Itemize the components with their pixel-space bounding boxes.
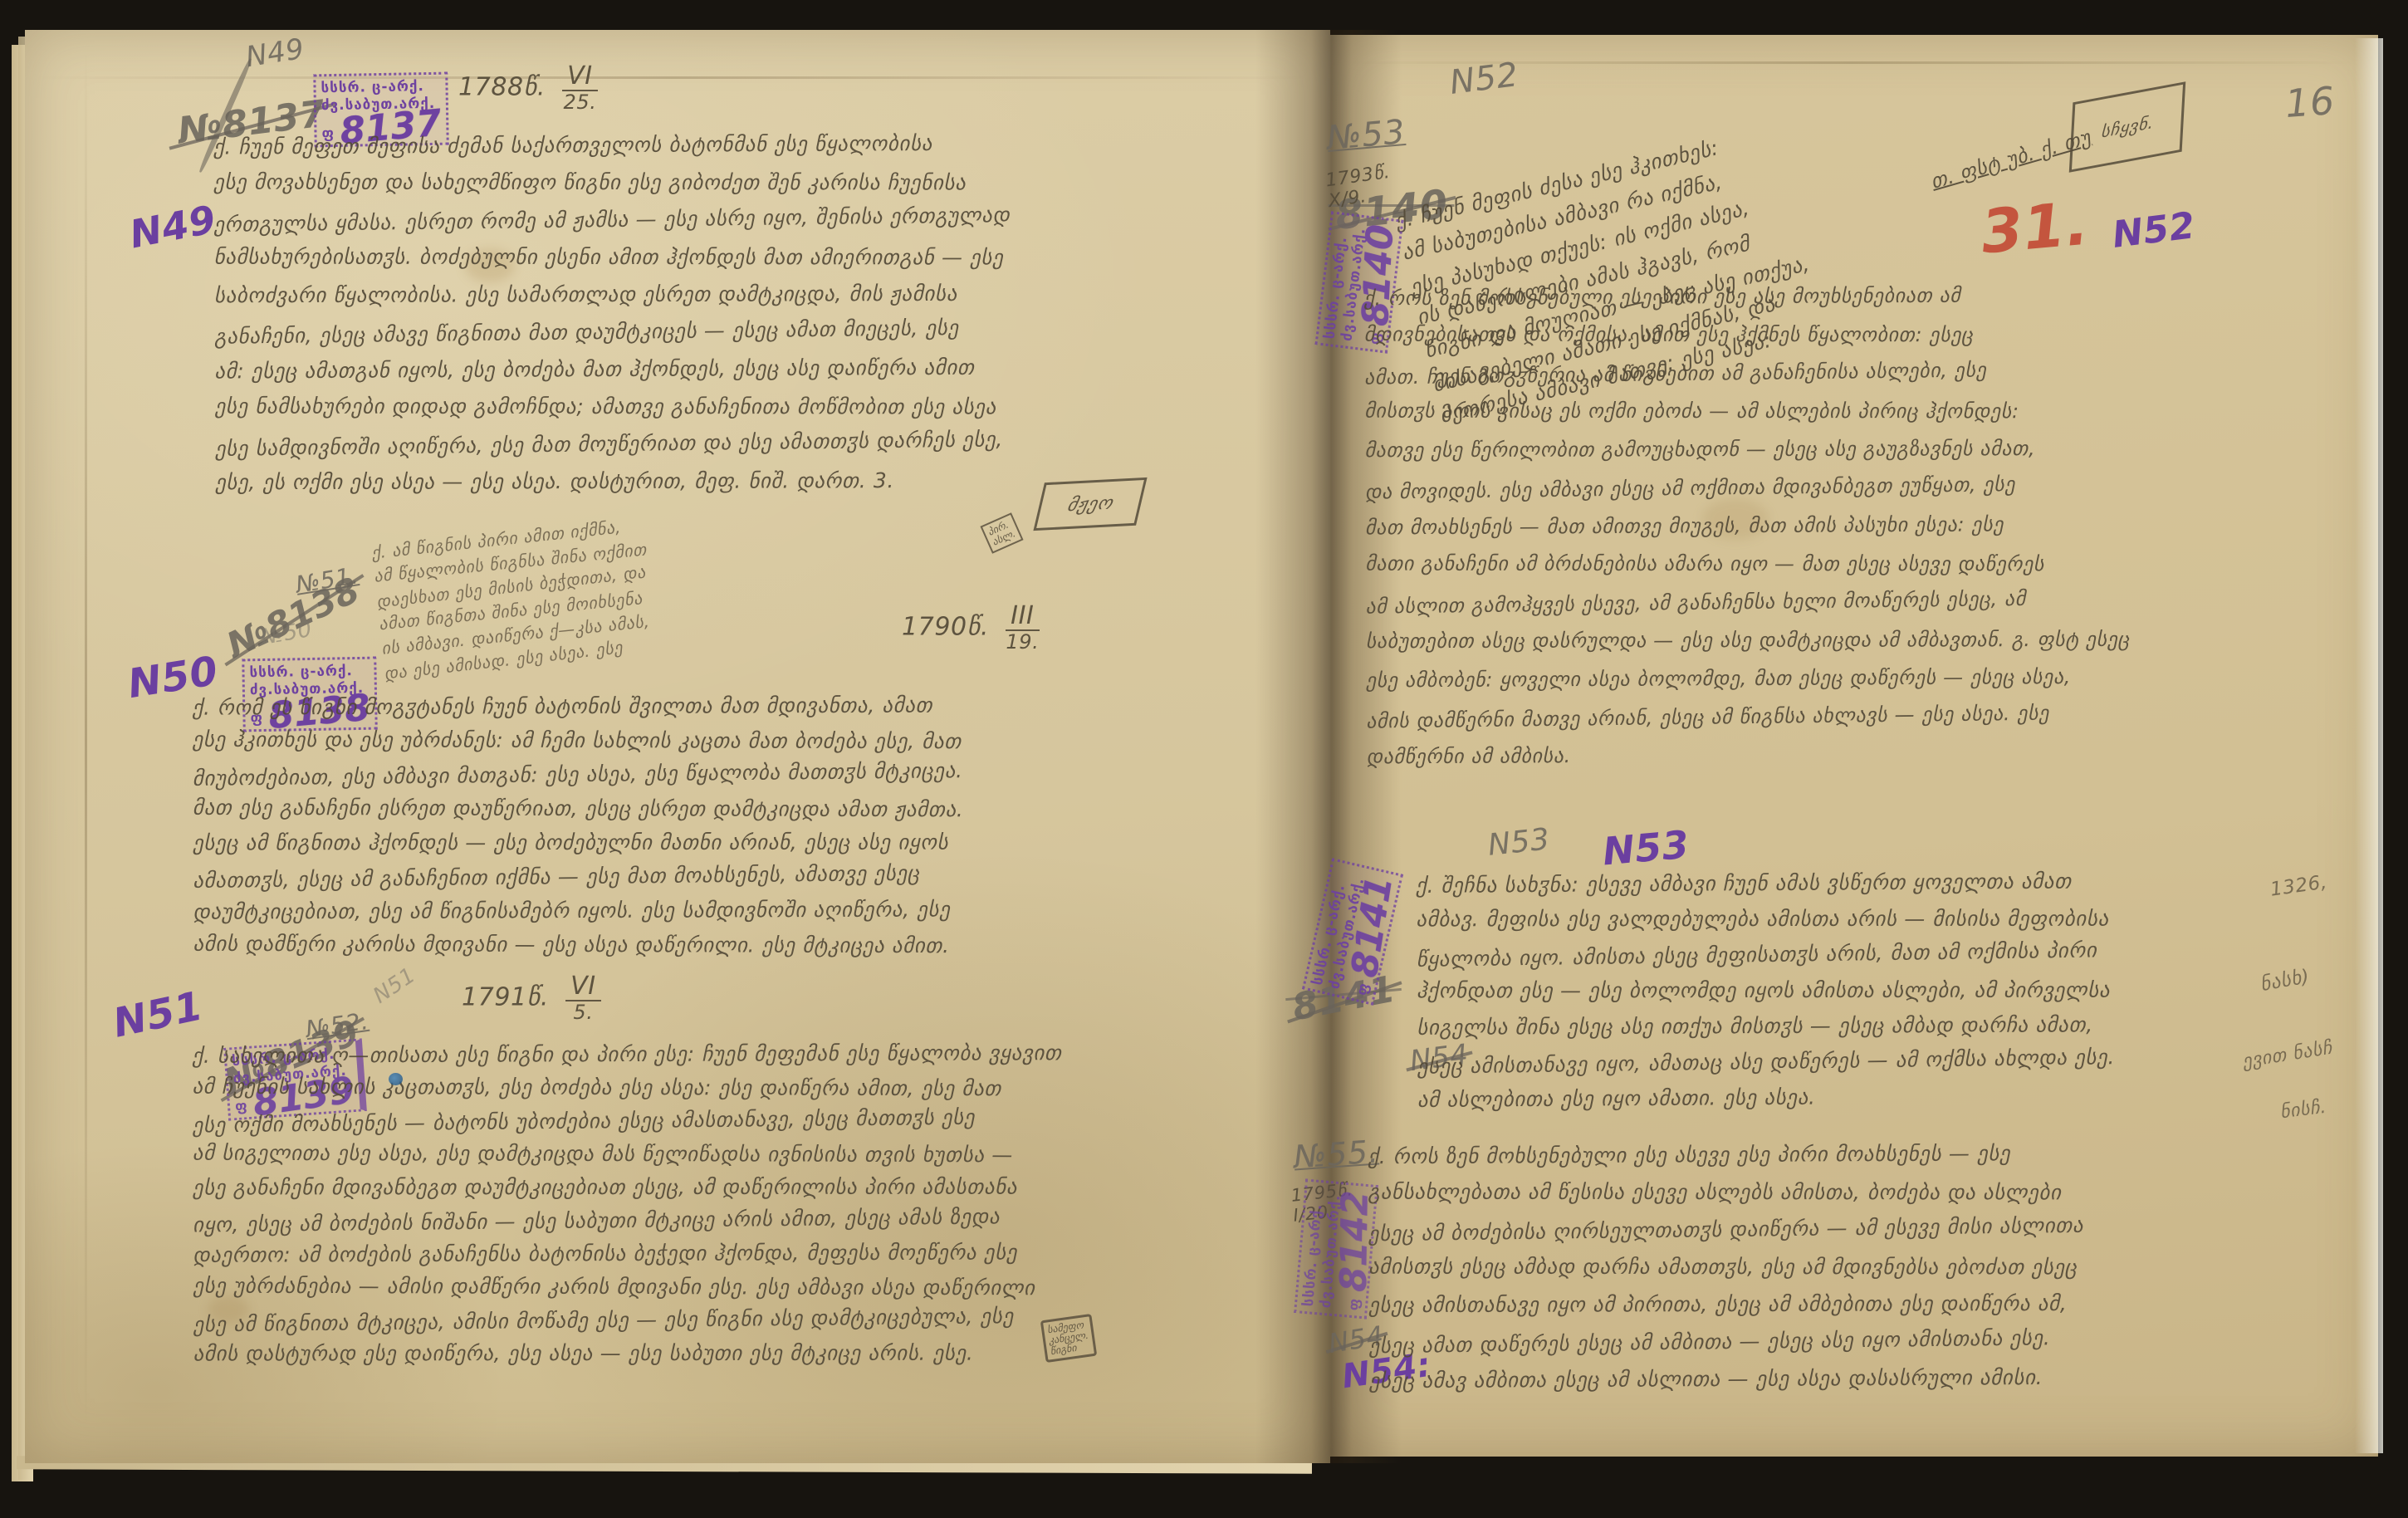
manuscript-line: დაუმტკიცებიათ, ესე ამ წიგნისამებრ იყოს. … <box>193 892 964 928</box>
date-day: 5. <box>573 1001 593 1023</box>
manuscript-line: ამ ჩუენის სახლის კაცთათჳს, ესე ბოძება ეს… <box>192 1070 1061 1106</box>
manuscript-line: ამათ. ჩუენ მოგჳწერია ამ წიგნებით ამ განა… <box>1364 349 2129 396</box>
stamp-text-line: ფ <box>1353 981 1373 997</box>
entry-text-n52: ქ. როს ზენ მოხსენებული ესე პირი ესე ასე … <box>1363 276 2130 776</box>
stamp-text-line: სსსრ. ც-არქ. <box>321 78 440 98</box>
manuscript-line: ამის დასტურად ესე დაიწერა, ესე ასეა — ეს… <box>193 1337 1063 1371</box>
manuscript-line: ესეც ამ წიგნითა ჰქონდეს — ესე ბოძებულნი … <box>193 825 963 860</box>
manuscript-line: ესე განაჩენი მდივანბეგთ დაუმტკიცებიათ ეს… <box>193 1171 1062 1205</box>
entry-date: 1790წ. III19. <box>902 603 1040 653</box>
red-folio-number: 31. <box>1979 189 2092 267</box>
manuscript-line: ამ ასლით გამოჰყვეს ესევე, ამ განაჩენსა ხ… <box>1365 578 2130 625</box>
manuscript-line: ამბავ. მეფისა ესე ვალდებულება ამისთა არი… <box>1416 901 2113 938</box>
manuscript-line: ამისთჳს ესეც ამბად დარჩა ამათთჳს, ესე ამ… <box>1368 1248 2084 1286</box>
manuscript-line: ამ: ესეც ამათგან იყოს, ესე ბოძება მათ ჰქ… <box>214 348 1011 389</box>
manuscript-line: მიუბოძებიათ, ესე ამბავი მათგან: ესე ასეა… <box>193 753 964 796</box>
manuscript-line: ესე მოვახსენეთ და სახელმწიფო წიგნი ესე გ… <box>213 164 1010 202</box>
manuscript-line: მათ ესე განაჩენი ესრეთ დაუწერიათ, ესეც ე… <box>193 791 964 826</box>
manuscript-line: მათი განაჩენი ამ ბრძანებისა ამარა იყო — … <box>1365 545 2129 584</box>
manuscript-line: ესე უბრძანებია — ამისი დამწერი კარის მდი… <box>193 1270 1062 1305</box>
box-label: მჟეო <box>1065 492 1115 516</box>
manuscript-line: ნამსახურებისათჳს. ბოძებულნი ესენი ამით ჰ… <box>214 238 1011 277</box>
entry-date: 1788წ. VI25. <box>458 63 598 113</box>
manuscript-line: ამის დამწერი კარისა მდივანი — ესე ასეა დ… <box>193 927 964 962</box>
entry-text-n53: ქ. შეჩნა სახჳნა: ესევე ამბავი ჩუენ ამას … <box>1416 863 2115 1118</box>
manuscript-line: საბუთებით ასეც დასრულდა — ესე ასე დამტკი… <box>1366 620 2130 660</box>
manuscript-line: წყალობა იყო. ამისთა ესეც მეფისათჳს არის,… <box>1416 932 2114 977</box>
manuscript-line: ესე ნამსახურები დიდად გამოჩნდა; ამათვე გ… <box>215 388 1011 426</box>
date-day: 19. <box>1006 631 1039 653</box>
manuscript-line: საბოძვარი წყალობისა. ესე სამართლად ესრეთ… <box>214 275 1011 315</box>
manuscript-line: ესე ოქმი მოახსენეს — ბატონს უბოძებია ესე… <box>192 1100 1062 1143</box>
manuscript-line: ქ. სახელითა ღ—თისათა ესე წიგნი და პირი ე… <box>192 1036 1061 1073</box>
pencil-number-55: №55. <box>1293 1133 1380 1175</box>
manuscript-line: მათ მოახსენეს — მათ ამითვე მიუგეს, მათ ა… <box>1365 505 2129 547</box>
page-right-outer-edge <box>2355 38 2383 1453</box>
pencil-number-n53: N53 <box>1486 822 1551 863</box>
left-page-crease <box>85 50 87 1428</box>
manuscript-line: ქ. როს ზენ მოხსენებული ესე ასევე ესე პირ… <box>1368 1134 2083 1176</box>
folio-number-pencil: 16 <box>2283 78 2336 126</box>
blue-ink-dot <box>389 1073 403 1085</box>
entry-text-n49: ქ. ჩუენ მეფეთ მეფისა ძემან საქართველოს ბ… <box>213 124 1011 502</box>
date-year: 1791წ. <box>462 982 549 1011</box>
manuscript-line: ესეც ამათ დაწერეს ესეც ამ ამბითა — ესეც … <box>1368 1319 2084 1365</box>
manuscript-line: მათვე ესე წერილობით გამოუცხადონ — ესეც ა… <box>1364 429 2128 469</box>
manuscript-line: ესე ჰკითხეს და ესე უბრძანეს: ამ ჩემი სახ… <box>193 722 964 758</box>
manuscript-line: მდივნებისათჳს და ოქმისა. ამით ესე ჰქმნეს… <box>1364 316 2128 355</box>
manuscript-line: დამწერნი ამ ამბისა. <box>1366 734 2130 776</box>
left-page-top-crease <box>33 76 1312 79</box>
stamp-number: 8142 <box>1340 1191 1370 1293</box>
manuscript-line: ამ ასლებითა ესე იყო ამათი. ესე ასეა. <box>1417 1077 2116 1118</box>
date-year: 1788წ. <box>458 72 546 101</box>
stamp-text-line: ფ <box>1346 1297 1364 1311</box>
book-scan: N49 №8137 სსსრ. ც-არქ. ძვ.საბუთ.არქ. ფ 8… <box>0 0 2408 1518</box>
archive-stamp-8142-partial: სსსრ. ც-არქ. ძვ.საბუთ.არქ. ფ 8142 <box>1294 1178 1378 1319</box>
manuscript-line: ქ. შეჩნა სახჳნა: ესევე ამბავი ჩუენ ამას … <box>1416 863 2114 903</box>
date-day: 25. <box>563 91 596 113</box>
manuscript-line: ჰქონდათ ესე — ესე ბოლომდე იყოს ამისთა ას… <box>1417 972 2114 1009</box>
entry-text-n50: ქ. რომ ეს წიგნი მოგჳტანეს ჩუენ ბატონის შ… <box>192 688 964 962</box>
manuscript-line: სიგელსა შინა ესეც ასე ითქუა მისთჳს — ესე… <box>1417 1006 2114 1045</box>
entry-text-n51: ქ. სახელითა ღ—თისათა ესე წიგნი და პირი ე… <box>192 1036 1063 1372</box>
manuscript-line: განსახლებათა ამ წესისა ესევე ასლებს ამის… <box>1368 1173 2084 1212</box>
corner-box-stamp: სამეფოკანცელ.წიგნი <box>1040 1314 1098 1363</box>
date-year: 1790წ. <box>902 612 989 641</box>
manuscript-line: ესეც ამ ბოძებისა ღირსეულთათჳს დაიწერა — … <box>1368 1207 2084 1253</box>
date-month: VI <box>565 973 601 1001</box>
manuscript-line: ქ. რომ ეს წიგნი მოგჳტანეს ჩუენ ბატონის შ… <box>192 688 963 724</box>
ink-box-note: მჟეო <box>1033 477 1147 531</box>
manuscript-line: ამათთჳს, ესეც ამ განაჩენით იქმნა — ესე მ… <box>193 855 964 898</box>
manuscript-line: ქ. როს ზენ მოხსენებული ესე პირი ესე ასე … <box>1363 276 2127 318</box>
date-month: VI <box>562 63 598 91</box>
manuscript-line: ესე ამ წიგნითა მტკიცეა, ამისი მოწამე ესე… <box>193 1300 1063 1342</box>
date-month: III <box>1006 603 1039 631</box>
manuscript-line: მისთჳს არის ვისაც ეს ოქმი ებოძა — ამ ასლ… <box>1364 392 2128 431</box>
box-label: სჩყვნ. <box>2100 112 2154 141</box>
manuscript-line: ამ სიგელითა ესე ასეა, ესე დამტკიცდა მას … <box>193 1137 1062 1173</box>
entry-date: 1791წ. VI5. <box>462 973 601 1023</box>
pencil-number-53: №53 <box>1325 113 1407 158</box>
manuscript-line: ესე სამდივნოში აღიწერა, ესე მათ მოუწერია… <box>215 420 1012 468</box>
manuscript-line: ესე ამბობენ: ყოველი ასეა ბოლომდე, მათ ეს… <box>1366 658 2130 700</box>
manuscript-line: ამის დამწერნი მათვე არიან, ესეც ამ წიგნს… <box>1366 693 2131 740</box>
manuscript-line: დაერთო: ამ ბოძების განაჩენსა ბატონისა ბე… <box>193 1236 1062 1272</box>
entry-text-n54: ქ. როს ზენ მოხსენებული ესე ასევე ესე პირ… <box>1368 1134 2084 1400</box>
manuscript-line: ესეც ამისთანავე იყო ამ პირითა, ესეც ამ ა… <box>1368 1285 2084 1324</box>
inserted-note-n49: ქ. ამ წიგნის პირი ამით იქმნა,ამ წყალობის… <box>370 513 658 686</box>
stamp-text-line: სსსრ. ც-არქ. <box>249 663 369 683</box>
manuscript-line: ერთგულსა ყმასა. ესრეთ რომე ამ ჟამსა — ეს… <box>213 196 1011 243</box>
manuscript-line: ესეც ამავ ამბითა ესეც ამ ასლითა — ესე ას… <box>1369 1359 2085 1400</box>
manuscript-line: ესე, ეს ოქმი ესე ასეა — ესე ასეა. დასტურ… <box>215 462 1011 502</box>
manuscript-line: ქ. ჩუენ მეფეთ მეფისა ძემან საქართველოს ბ… <box>213 124 1010 165</box>
manuscript-line: და მოვიდეს. ესე ამბავი ესეც ამ ოქმითა მდ… <box>1365 463 2130 511</box>
